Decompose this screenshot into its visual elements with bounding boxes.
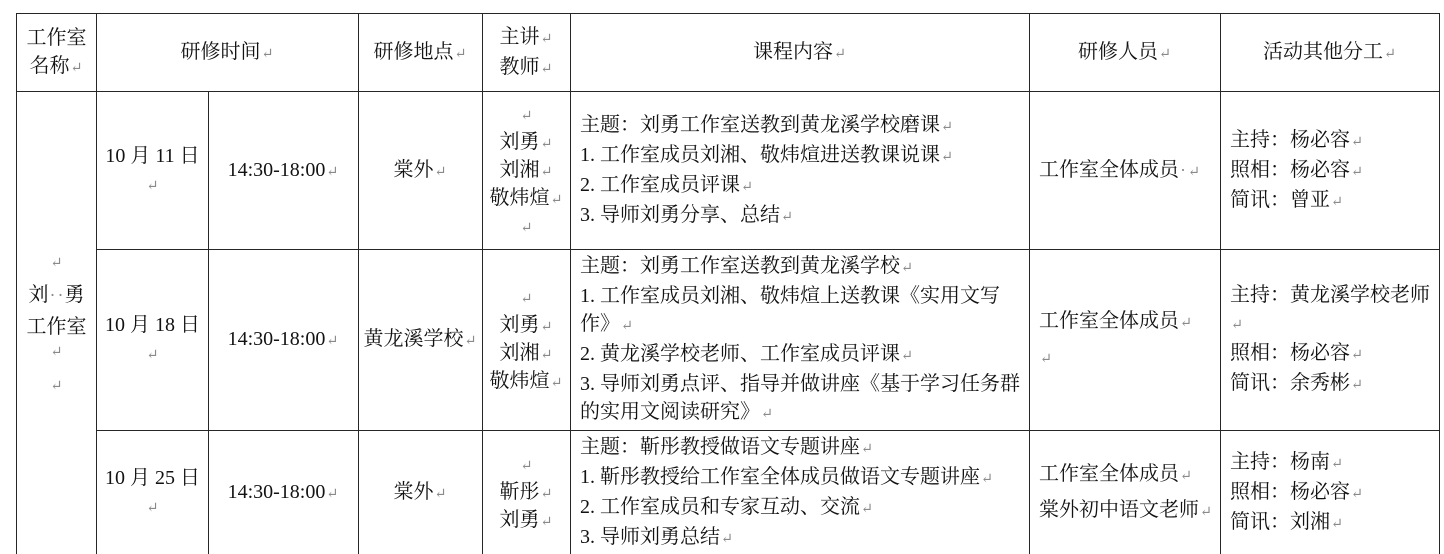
paragraph-mark-icon: ↵ [519, 291, 533, 307]
paragraph-mark-icon: ↵ [833, 46, 847, 62]
cell-row3-content: 主题：靳彤教授做语文专题讲座↵1. 靳彤教授给工作室全体成员做语文专题讲座↵2.… [571, 431, 1030, 554]
paragraph-mark-icon: ↵ [1187, 164, 1201, 180]
paragraph-mark-icon: ↵ [1330, 456, 1344, 472]
paragraph-mark-icon: ↵ [453, 46, 467, 62]
cell-workshop-name: ↵刘··勇工作室↵↵ [17, 92, 97, 554]
paragraph-mark-icon: ↵ [549, 375, 563, 391]
paragraph-mark-icon: ↵ [1350, 134, 1364, 150]
header-lecturer: 主讲↵教师↵ [483, 14, 571, 92]
paragraph-mark-icon: ↵ [519, 458, 533, 474]
schedule-table: 工作室名称↵ 研修时间↵ 研修地点↵ 主讲↵教师↵ 课程内容↵ 研修人员↵ 活动… [16, 13, 1440, 554]
header-participants: 研修人员↵ [1030, 14, 1221, 92]
paragraph-mark-icon: ↵ [760, 406, 774, 422]
paragraph-mark-icon: ↵ [1350, 377, 1364, 393]
paragraph-mark-icon: ↵ [49, 378, 63, 394]
training-schedule-table: 工作室名称↵ 研修时间↵ 研修地点↵ 主讲↵教师↵ 课程内容↵ 研修人员↵ 活动… [16, 13, 1440, 554]
cell-row1-participants: 工作室全体成员·↵ [1030, 92, 1221, 250]
paragraph-mark-icon: ↵ [549, 192, 563, 208]
cell-row3-date: 10 月 25 日↵ [97, 431, 209, 554]
header-other-duties: 活动其他分工↵ [1221, 14, 1440, 92]
paragraph-mark-icon: ↵ [1330, 516, 1344, 532]
paragraph-mark-icon: ↵ [980, 471, 994, 487]
paragraph-mark-icon: ↵ [145, 178, 159, 194]
cell-row1-content: 主题：刘勇工作室送教到黄龙溪学校磨课↵1. 工作室成员刘湘、敬炜煊进送教课说课↵… [571, 92, 1030, 250]
header-training-place: 研修地点↵ [359, 14, 483, 92]
header-workshop-name: 工作室名称↵ [17, 14, 97, 92]
paragraph-mark-icon: ↵ [260, 46, 274, 62]
paragraph-mark-icon: ↵ [539, 319, 553, 335]
paragraph-mark-icon: ↵ [740, 179, 754, 195]
paragraph-mark-icon: ↵ [940, 149, 954, 165]
table-row: 10 月 18 日↵ 14:30-18:00↵ 黄龙溪学校↵ ↵刘勇↵刘湘↵敬炜… [17, 250, 1440, 431]
paragraph-mark-icon: ↵ [1039, 351, 1053, 367]
space-mark-icon: · [49, 285, 57, 305]
paragraph-mark-icon: ↵ [519, 108, 533, 124]
paragraph-mark-icon: ↵ [325, 164, 339, 180]
paragraph-mark-icon: ↵ [433, 486, 447, 502]
paragraph-mark-icon: ↵ [1350, 347, 1364, 363]
paragraph-mark-icon: ↵ [1158, 46, 1172, 62]
paragraph-mark-icon: ↵ [1179, 468, 1193, 484]
paragraph-mark-icon: ↵ [620, 318, 634, 334]
paragraph-mark-icon: ↵ [463, 333, 477, 349]
cell-row2-teachers: ↵刘勇↵刘湘↵敬炜煊↵ [483, 250, 571, 431]
paragraph-mark-icon: ↵ [720, 531, 734, 547]
paragraph-mark-icon: ↵ [539, 31, 553, 47]
paragraph-mark-icon: ↵ [1230, 317, 1244, 333]
cell-row2-time: 14:30-18:00↵ [209, 250, 359, 431]
cell-row1-date: 10 月 11 日↵ [97, 92, 209, 250]
paragraph-mark-icon: ↵ [519, 220, 533, 236]
cell-row1-duties: 主持：杨必容↵照相：杨必容↵简讯：曾亚↵ [1221, 92, 1440, 250]
paragraph-mark-icon: ↵ [900, 260, 914, 276]
cell-row1-place: 棠外↵ [359, 92, 483, 250]
paragraph-mark-icon: ↵ [49, 344, 63, 360]
cell-row3-participants: 工作室全体成员↵棠外初中语文老师↵ [1030, 431, 1221, 554]
paragraph-mark-icon: ↵ [145, 347, 159, 363]
cell-row2-date: 10 月 18 日↵ [97, 250, 209, 431]
space-mark-icon: · [1179, 160, 1187, 180]
paragraph-mark-icon: ↵ [1330, 194, 1344, 210]
paragraph-mark-icon: ↵ [539, 514, 553, 530]
header-training-time: 研修时间↵ [97, 14, 359, 92]
cell-row3-teachers: ↵靳彤↵刘勇↵ [483, 431, 571, 554]
paragraph-mark-icon: ↵ [69, 60, 83, 76]
paragraph-mark-icon: ↵ [1350, 486, 1364, 502]
paragraph-mark-icon: ↵ [860, 441, 874, 457]
cell-row3-duties: 主持：杨南↵照相：杨必容↵简讯：刘湘↵ [1221, 431, 1440, 554]
cell-row2-place: 黄龙溪学校↵ [359, 250, 483, 431]
paragraph-mark-icon: ↵ [860, 501, 874, 517]
paragraph-mark-icon: ↵ [539, 136, 553, 152]
paragraph-mark-icon: ↵ [539, 164, 553, 180]
cell-row2-duties: 主持：黄龙溪学校老师↵照相：杨必容↵简讯：余秀彬↵ [1221, 250, 1440, 431]
paragraph-mark-icon: ↵ [900, 348, 914, 364]
paragraph-mark-icon: ↵ [539, 486, 553, 502]
cell-row2-participants: 工作室全体成员↵↵ [1030, 250, 1221, 431]
paragraph-mark-icon: ↵ [539, 347, 553, 363]
cell-row1-teachers: ↵刘勇↵刘湘↵敬炜煊↵↵ [483, 92, 571, 250]
paragraph-mark-icon: ↵ [1383, 46, 1397, 62]
paragraph-mark-icon: ↵ [325, 486, 339, 502]
header-course-content: 课程内容↵ [571, 14, 1030, 92]
paragraph-mark-icon: ↵ [1179, 315, 1193, 331]
cell-row3-time: 14:30-18:00↵ [209, 431, 359, 554]
paragraph-mark-icon: ↵ [325, 333, 339, 349]
paragraph-mark-icon: ↵ [145, 500, 159, 516]
table-header-row: 工作室名称↵ 研修时间↵ 研修地点↵ 主讲↵教师↵ 课程内容↵ 研修人员↵ 活动… [17, 14, 1440, 92]
paragraph-mark-icon: ↵ [49, 255, 63, 271]
paragraph-mark-icon: ↵ [433, 164, 447, 180]
paragraph-mark-icon: ↵ [780, 209, 794, 225]
table-row: 10 月 25 日↵ 14:30-18:00↵ 棠外↵ ↵靳彤↵刘勇↵ 主题：靳… [17, 431, 1440, 554]
cell-row2-content: 主题：刘勇工作室送教到黄龙溪学校↵1. 工作室成员刘湘、敬炜煊上送教课《实用文写… [571, 250, 1030, 431]
paragraph-mark-icon: ↵ [539, 61, 553, 77]
paragraph-mark-icon: ↵ [1199, 504, 1213, 520]
cell-row1-time: 14:30-18:00↵ [209, 92, 359, 250]
space-mark-icon: · [57, 285, 65, 305]
table-row: ↵刘··勇工作室↵↵ 10 月 11 日↵ 14:30-18:00↵ 棠外↵ ↵… [17, 92, 1440, 250]
paragraph-mark-icon: ↵ [1350, 164, 1364, 180]
cell-row3-place: 棠外↵ [359, 431, 483, 554]
paragraph-mark-icon: ↵ [940, 119, 954, 135]
